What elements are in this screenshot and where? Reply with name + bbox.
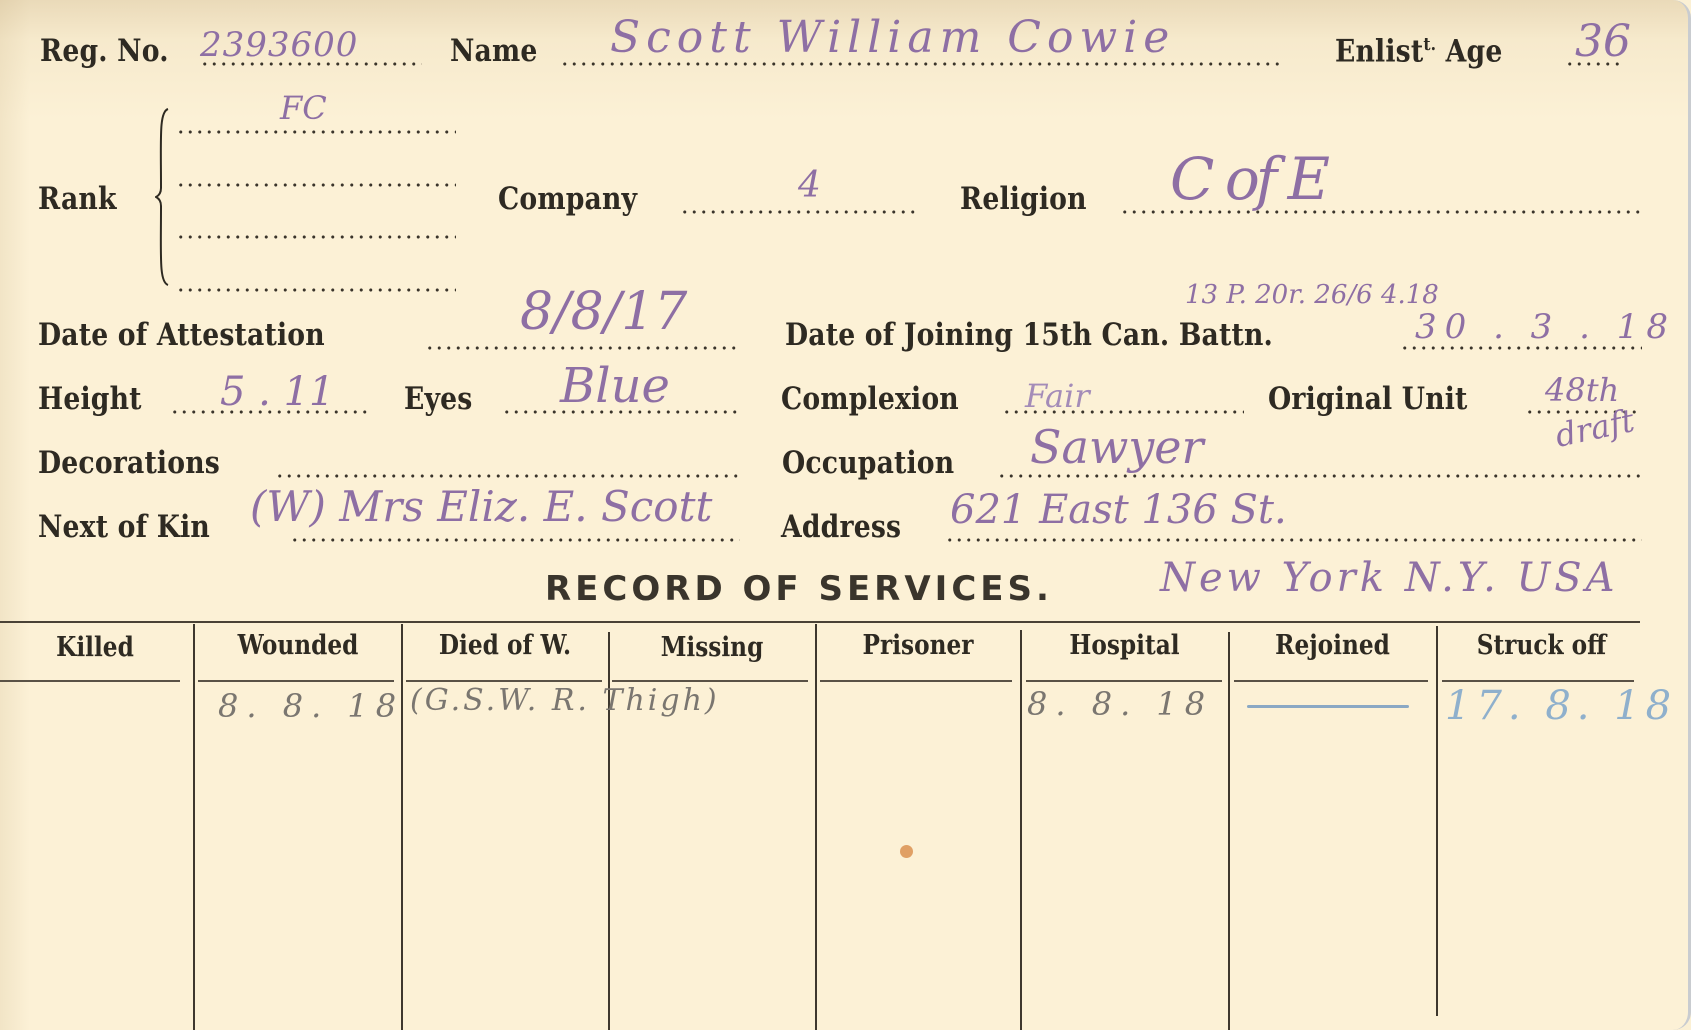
company-label: Company <box>498 184 637 215</box>
occupation-label: Occupation <box>782 448 954 479</box>
record-title: RECORD OF SERVICES. <box>545 572 1053 606</box>
header-underline <box>198 680 394 682</box>
column-divider <box>401 624 403 1030</box>
occupation-dots <box>997 474 1642 478</box>
address-dots <box>945 538 1642 542</box>
column-header-hospital: Hospital <box>1037 632 1212 659</box>
enlist-age-label: Enlistt. Age <box>1335 36 1502 67</box>
enlist-label-text: Enlist <box>1335 33 1423 69</box>
column-divider <box>1436 626 1438 1016</box>
date-joining-label: Date of Joining 15th Can. Battn. <box>785 320 1273 351</box>
next-of-kin-dots <box>290 538 740 542</box>
column-header-missing: Missing <box>625 634 799 661</box>
company-value: 4 <box>798 168 821 204</box>
column-header-killed: Killed <box>13 634 176 661</box>
rank-value: FC <box>280 92 327 124</box>
header-underline <box>612 680 808 682</box>
eyes-label: Eyes <box>404 384 472 415</box>
occupation-value: Sawyer <box>1030 424 1204 470</box>
column-divider <box>815 624 817 1030</box>
reg-no-label: Reg. No. <box>40 36 169 67</box>
rank-line-4 <box>176 288 456 292</box>
original-unit-value: 48th <box>1545 374 1619 406</box>
column-divider <box>1020 630 1022 1030</box>
rank-line-2 <box>176 183 456 187</box>
complexion-label: Complexion <box>781 384 959 415</box>
address-value: 621 East 136 St. <box>950 490 1287 530</box>
cell-rejoined-dash <box>1247 705 1409 708</box>
cell-died-of-w: (G.S.W. R. Thigh) <box>410 686 720 716</box>
column-header-rejoined: Rejoined <box>1245 632 1420 659</box>
rank-line-1 <box>176 130 456 134</box>
religion-label: Religion <box>960 184 1087 215</box>
enlist-label-sup: t. <box>1423 34 1436 55</box>
header-underline <box>1234 680 1428 682</box>
address-line2: New York N.Y. USA <box>1160 558 1619 598</box>
column-divider <box>193 624 195 1030</box>
name-value: Scott William Cowie <box>610 16 1175 60</box>
table-top-rule <box>0 621 1640 623</box>
column-header-struck-off: Struck off <box>1453 632 1629 659</box>
next-of-kin-label: Next of Kin <box>38 512 210 543</box>
column-header-prisoner: Prisoner <box>832 632 1004 659</box>
next-of-kin-value: (W) Mrs Eliz. E. Scott <box>250 486 712 528</box>
rank-line-3 <box>176 235 456 239</box>
original-unit-label: Original Unit <box>1268 384 1468 415</box>
height-label: Height <box>38 384 142 415</box>
address-label: Address <box>781 512 901 543</box>
date-attestation-value: 8/8/17 <box>520 286 687 338</box>
name-label: Name <box>450 36 538 67</box>
decorations-label: Decorations <box>38 448 220 479</box>
cell-struck-off: 17. 8. 18 <box>1445 686 1677 726</box>
company-dots <box>680 210 915 214</box>
service-card: Reg. No. 2393600 Name Scott William Cowi… <box>0 0 1691 1030</box>
date-attestation-label: Date of Attestation <box>38 320 325 351</box>
column-divider <box>1228 632 1230 1030</box>
column-header-died-of-w: Died of W. <box>418 632 592 659</box>
ink-stain <box>900 845 913 858</box>
header-underline <box>820 680 1012 682</box>
column-header-wounded: Wounded <box>210 632 385 659</box>
decorations-dots <box>275 474 740 478</box>
header-underline <box>406 680 602 682</box>
header-underline <box>0 680 180 682</box>
eyes-value: Blue <box>560 362 670 410</box>
cell-hospital: 8. 8. 18 <box>1027 688 1213 720</box>
height-value: 5 . 11 <box>220 372 335 412</box>
brace-icon <box>155 108 169 286</box>
date-joining-annotation: 13 P. 20r. 26/6 4.18 <box>1185 282 1439 308</box>
date-attestation-dots <box>425 346 740 350</box>
age-label-text: Age <box>1436 33 1502 69</box>
reg-no-value: 2393600 <box>200 28 358 62</box>
date-joining-value: 30 . 3 . 18 <box>1415 310 1676 344</box>
enlist-age-value: 36 <box>1575 20 1631 64</box>
header-underline <box>1026 680 1222 682</box>
rank-label: Rank <box>38 184 117 215</box>
complexion-value: Fair <box>1025 380 1090 412</box>
cell-wounded: 8. 8. 18 <box>218 690 404 722</box>
header-underline <box>1442 680 1634 682</box>
religion-value: C of E <box>1170 150 1326 208</box>
